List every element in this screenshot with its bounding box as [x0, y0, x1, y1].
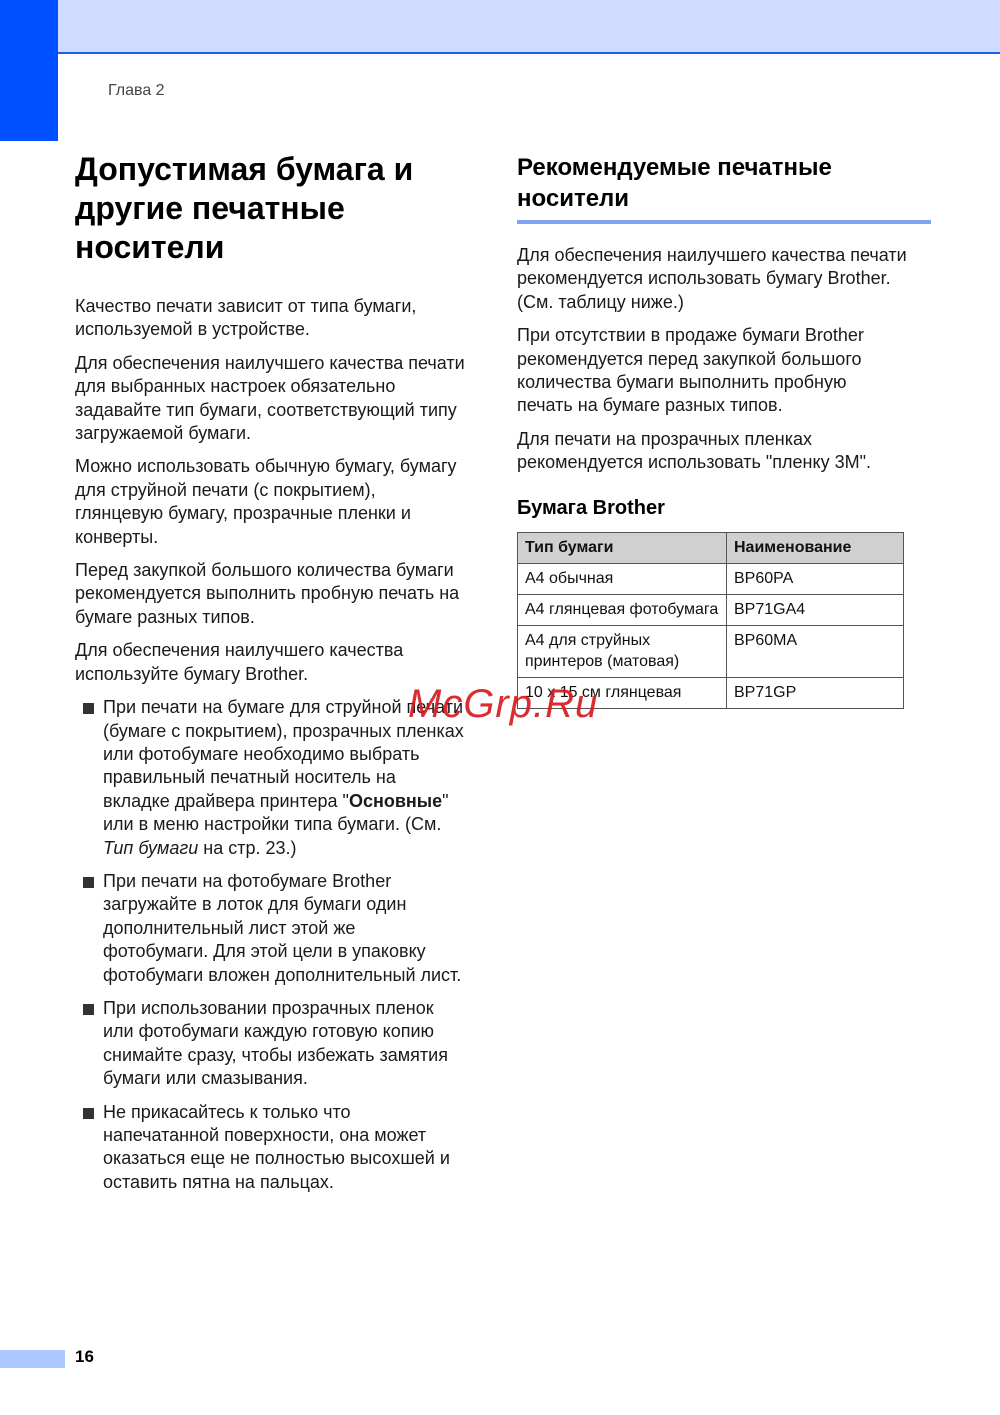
subheading: Бумага Brother	[517, 497, 907, 520]
column-header: Наименование	[727, 532, 904, 563]
cell-product-code: BP71GA4	[727, 594, 904, 625]
paragraph: Можно использовать обычную бумагу, бумаг…	[75, 455, 465, 549]
right-column: Рекомендуемые печатные носители Для обес…	[517, 152, 907, 709]
tab-name: Основные	[349, 791, 442, 811]
header-band	[0, 0, 1000, 54]
cross-reference-link[interactable]: Тип бумаги	[103, 838, 198, 858]
list-item: При печати на фотобумаге Brother загружа…	[75, 870, 465, 987]
square-bullet-icon	[83, 877, 94, 888]
table-row: A4 обычная BP60PA	[518, 563, 904, 594]
left-column: Допустимая бумага и другие печатные носи…	[75, 150, 465, 1204]
chapter-label: Глава 2	[108, 82, 165, 100]
paragraph: Для печати на прозрачных пленках рекомен…	[517, 428, 907, 475]
heading-underline	[517, 220, 931, 224]
page-number: 16	[75, 1347, 94, 1367]
paragraph: При отсутствии в продаже бумаги Brother …	[517, 324, 907, 418]
square-bullet-icon	[83, 703, 94, 714]
cell-paper-type: A4 глянцевая фотобумага	[518, 594, 727, 625]
list-item: Не прикасайтесь к только что напечатанно…	[75, 1101, 465, 1195]
table-header-row: Тип бумаги Наименование	[518, 532, 904, 563]
column-header: Тип бумаги	[518, 532, 727, 563]
cell-product-code: BP60PA	[727, 563, 904, 594]
cell-product-code: BP60MA	[727, 625, 904, 677]
cell-paper-type: A4 для струйных принтеров (матовая)	[518, 625, 727, 677]
paragraph: Для обеспечения наилучшего качества печа…	[75, 352, 465, 446]
list-item: При использовании прозрачных пленок или …	[75, 997, 465, 1091]
table-row: A4 глянцевая фотобумага BP71GA4	[518, 594, 904, 625]
cell-product-code: BP71GP	[727, 677, 904, 708]
paragraph: Перед закупкой большого количества бумаг…	[75, 559, 465, 629]
section-title: Допустимая бумага и другие печатные носи…	[75, 150, 465, 267]
cell-paper-type: A4 обычная	[518, 563, 727, 594]
square-bullet-icon	[83, 1108, 94, 1119]
table-row: A4 для струйных принтеров (матовая) BP60…	[518, 625, 904, 677]
paragraph: Качество печати зависит от типа бумаги, …	[75, 295, 465, 342]
tips-list: При печати на бумаге для струйной печати…	[75, 696, 465, 1194]
list-item: При печати на бумаге для струйной печати…	[75, 696, 465, 860]
paragraph: Для обеспечения наилучшего качества печа…	[517, 244, 907, 314]
paragraph: Для обеспечения наилучшего качества испо…	[75, 639, 465, 686]
watermark: McGrp.Ru	[408, 682, 598, 727]
footer-band	[0, 1350, 65, 1368]
section-title: Рекомендуемые печатные носители	[517, 152, 907, 214]
square-bullet-icon	[83, 1004, 94, 1015]
chapter-tab	[0, 0, 58, 141]
